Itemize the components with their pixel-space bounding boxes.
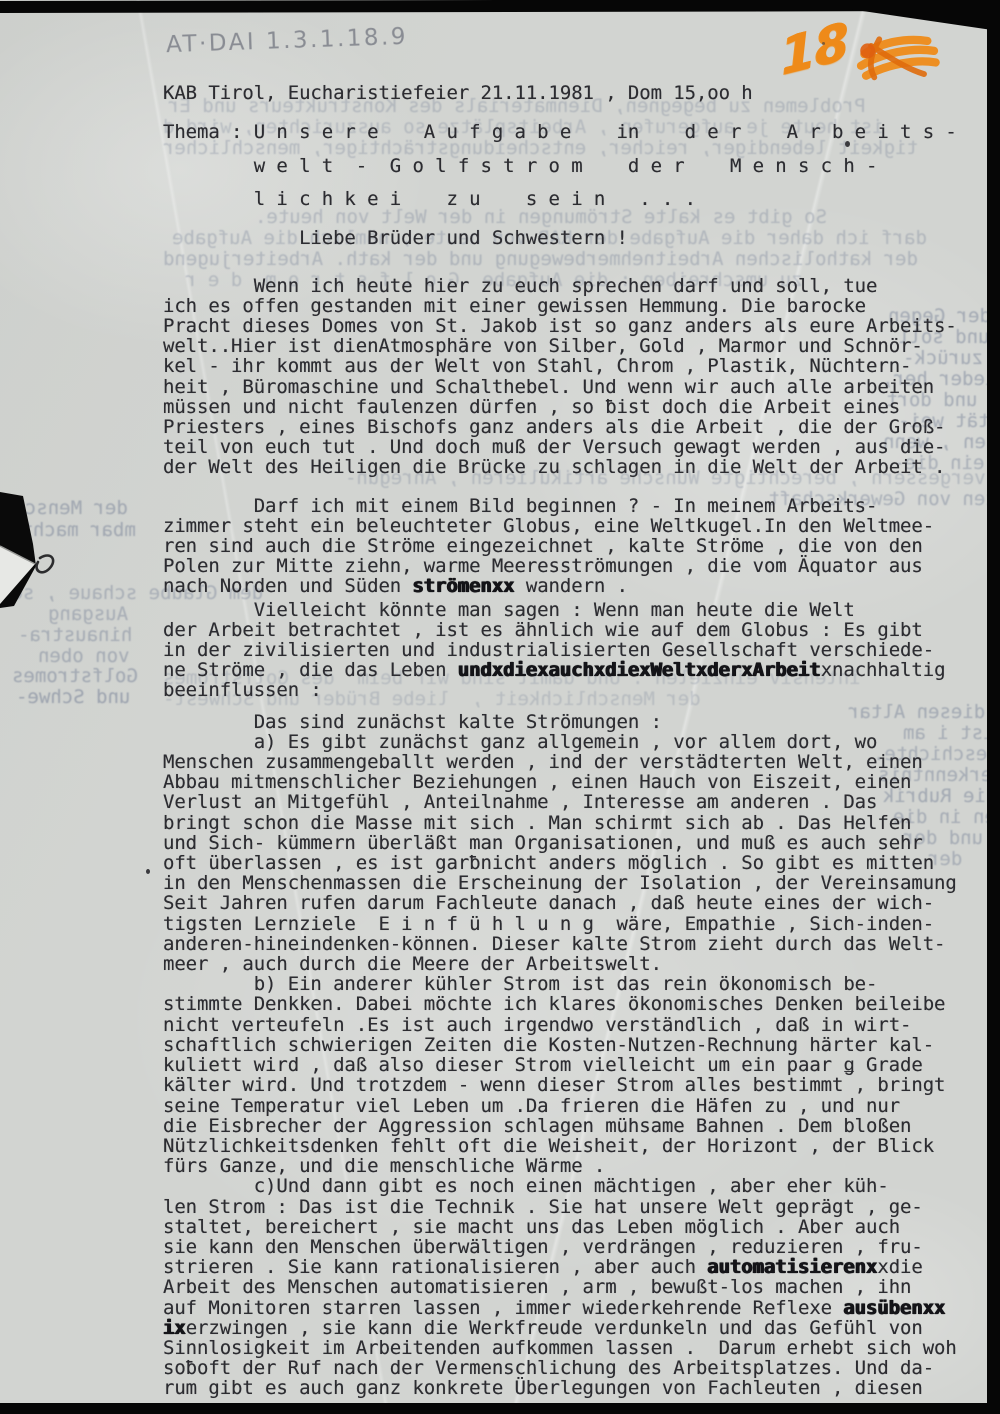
typed-line: zimmer steht ein beleuchteter Globus, ei… [163,516,993,536]
typed-line: seine Temperatur viel Leben um .Da frier… [163,1096,993,1116]
typed-line: w e l t - G o l f s t r o m d e r M e n … [163,150,993,184]
bleed-through-text: von oben [38,646,130,666]
page-number-annotation: 18 [779,11,851,87]
typed-line: Polen zur Mitte ziehn, warme Meeresström… [163,556,993,576]
typed-line: kälter wird. Und trotzdem - wenn dieser … [163,1075,993,1095]
scanned-document-page: Problemen zu begegnen, Dienmaterials des… [0,0,1000,1414]
typed-line: Priesters , eines Bischofs ganz anders a… [163,417,993,437]
typed-line: in den Menschenmassen die Erscheinung de… [163,873,993,893]
typed-line: rum gibt es auch ganz konkrete Überlegun… [163,1378,993,1398]
typed-line: welt..Hier ist dienAtmosphäre von Silber… [163,336,993,356]
paragraph: b) Ein anderer kühler Strom ist das rein… [163,974,993,1176]
typed-line: Pracht dieses Domes von St. Jakob ist so… [163,316,993,336]
bleed-through-text: und Schwe- [16,687,130,707]
typed-line: a) Es gibt zunächst ganz allgemein , vor… [163,732,993,752]
salutation-line: Liebe Brüder und Schwestern ! [163,222,993,256]
typed-line: beeinflussen : [163,680,993,700]
overstruck-text: strömenxx [412,575,514,597]
scan-speck [845,141,850,147]
bleed-through-text: hinaustra- [18,625,132,645]
typed-line: Seit Jahren rufen darum Fachleute danach… [163,893,993,913]
scan-speck [822,42,825,45]
scan-edge-bottom [0,1403,1000,1414]
typed-line: Sinnlosigkeit im Arbeitenden aufkommen l… [163,1338,993,1358]
overstruck-text: undxdiexauchxdiexWeltxderxArbeit [458,659,821,681]
typed-line: müssen und nicht faulenzen dürfen , so ƀ… [163,397,993,417]
typed-line: heit , Büromaschine und Schalthebel. Und… [163,377,993,397]
typed-line: Verlust an Mitgefühl , Anteilnahme , Int… [163,792,993,812]
typed-line: der Arbeit betrachtet , ist es ähnlich w… [163,620,993,640]
typed-line: fürs Ganze, und die menschliche Wärme . [163,1156,993,1176]
typed-line: ich es offen gestanden mit einer gewisse… [163,296,993,316]
typed-line: in der zivilisierten und industrialisier… [163,640,993,660]
typed-line: Wenn ich heute hier zu euch sprechen dar… [163,276,993,296]
typed-line: ixerzwingen , sie kann die Werkfreude ve… [163,1318,993,1338]
typed-line: Arbeit des Menschen automatisieren , arm… [163,1277,993,1297]
typed-line: meer , auch durch die Meere der Arbeitsw… [163,954,993,974]
typed-line: c)Und dann gibt es noch einen mächtigen … [163,1176,993,1196]
typed-line: anderen-hineindenken-können. Dieser kalt… [163,934,993,954]
page-fold-artifact [0,486,74,612]
typed-line: b) Ein anderer kühler Strom ist das rein… [163,974,993,994]
typed-line: nicht verteufeln .Es ist auch irgendwo v… [163,1015,993,1035]
typed-line: ren sind auch die Ströme eingezeichnet ,… [163,536,993,556]
scan-speck [146,869,150,874]
typed-text-column: KAB Tirol, Eucharistiefeier 21.11.1981 ,… [163,83,993,1399]
scan-edge-right [987,0,1000,1406]
typed-line: bringt schon die Masse mit sich . Man sc… [163,813,993,833]
typed-line: schaftlich schwierigen Zeiten die Kosten… [163,1035,993,1055]
typed-line: len Strom : Das ist die Technik . Sie ha… [163,1197,993,1217]
typed-line: nach Norden und Süden strömenxx wandern … [163,576,993,596]
typed-line: kel - ihr kommt aus der Welt von Stahl, … [163,356,993,376]
typed-line: tigsten Lernziele E i n f ü h l u n g wä… [163,914,993,934]
thema-block: Thema : U n s e r e A u f g a b e in d e… [163,116,993,255]
typed-line: sie kann den Menschen überwältigen , ver… [163,1237,993,1257]
typed-line: auf Monitoren starren lassen , immer wie… [163,1298,993,1318]
typed-line: teil von euch tut . Und doch muß der Ver… [163,437,993,457]
paragraph: c)Und dann gibt es noch einen mächtigen … [163,1176,993,1398]
paragraph: Darf ich mit einem Bild beginnen ? - In … [163,496,993,597]
paragraph: Das sind zunächst kalte Strömungen : a) … [163,712,993,975]
typed-line: staltet, bereichert , sie macht uns das … [163,1217,993,1237]
overstruck-text: ix [163,1317,186,1339]
typed-line: l i c h k e i z u s e i n . . . [163,183,993,217]
typed-line: kuliett wird , daß also dieser Strom vie… [163,1055,993,1075]
paragraph: Wenn ich heute hier zu euch sprechen dar… [163,276,993,478]
paragraphs-block: Wenn ich heute hier zu euch sprechen dar… [163,276,993,1399]
bleed-through-text: Golfstromes [12,666,138,686]
typed-line: Abbau mitmenschlicher Beziehungen , eine… [163,772,993,792]
overstruck-text: automatisierenx [707,1256,877,1278]
typed-line: Darf ich mit einem Bild beginnen ? - In … [163,496,993,516]
typed-line: Thema : U n s e r e A u f g a b e in d e… [163,116,993,150]
archive-reference-annotation: AT·DAI 1.3.1.18.9 [166,24,409,58]
typed-line: Menschen zusammengeballt werden , ind de… [163,752,993,772]
typed-line: die Eisbrecher der Aggression schlagen m… [163,1116,993,1136]
scribbled-out-number-mark [854,26,946,84]
typed-line: strieren . Sie kann rationalisieren , ab… [163,1257,993,1277]
paragraph: Vielleicht könnte man sagen : Wenn man h… [163,600,993,701]
typed-line: ne Ströme , die das Leben undxdiexauchxd… [163,660,993,680]
typed-line: Nützlichkeitsdenken fehlt oft die Weishe… [163,1136,993,1156]
event-title-line: KAB Tirol, Eucharistiefeier 21.11.1981 ,… [163,83,993,103]
typed-line: soƀoft der Ruf nach der Vermenschlichung… [163,1358,993,1378]
typed-line: stimmte Denkken. Dabei möchte ich klares… [163,994,993,1014]
typed-line: und Sich- kümmern überläßt man Organisat… [163,833,993,853]
typed-line: oft überlassen , es ist garƀnicht anders… [163,853,993,873]
overstruck-text: ausübenxx [843,1297,945,1319]
typed-line: der Welt des Heiligen die Brücke zu schl… [163,457,993,477]
typed-line: Vielleicht könnte man sagen : Wenn man h… [163,600,993,620]
typed-line: Das sind zunächst kalte Strömungen : [163,712,993,732]
scan-edge-top [0,0,1000,13]
